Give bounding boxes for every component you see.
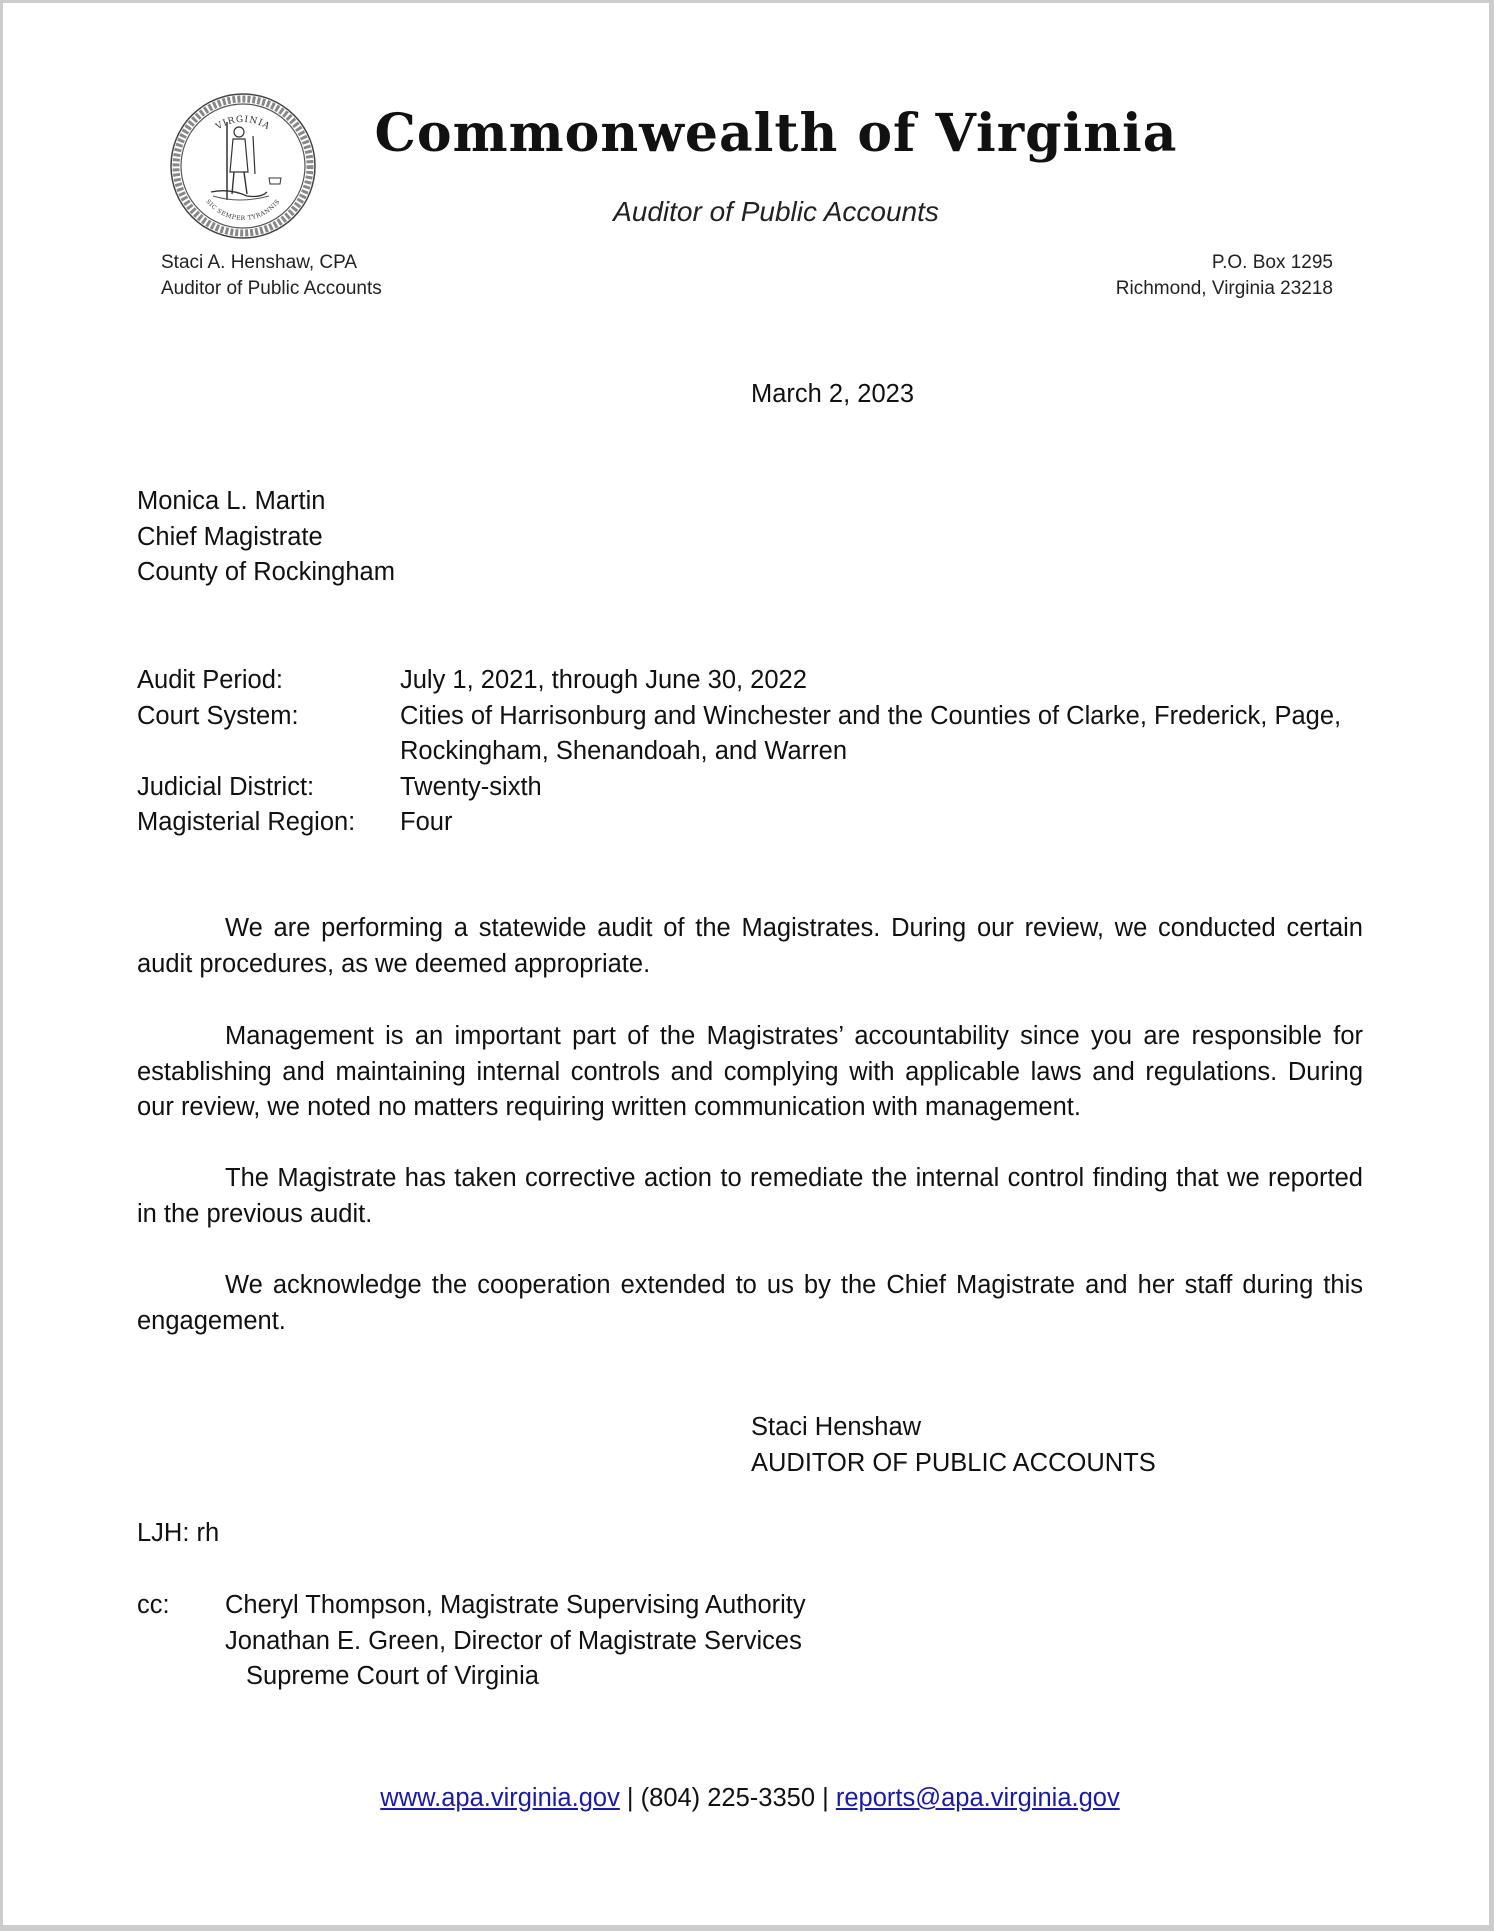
letterhead-city-state: Richmond, Virginia 23218 (1116, 278, 1333, 300)
letter-date: March 2, 2023 (751, 377, 914, 413)
cc-recipient: Cheryl Thompson, Magistrate Supervising … (225, 1588, 806, 1624)
letterhead-subtitle: Auditor of Public Accounts (3, 196, 1494, 228)
letterhead-auditor-title: Auditor of Public Accounts (161, 278, 382, 300)
reference-initials: LJH: rh (137, 1516, 219, 1552)
cc-recipient-organization: Supreme Court of Virginia (225, 1659, 806, 1695)
audit-period-value: July 1, 2021, through June 30, 2022 (400, 663, 1367, 699)
footer-separator: | (627, 1784, 641, 1812)
magisterial-region-row: Magisterial Region: Four (137, 805, 1367, 841)
magisterial-region-label: Magisterial Region: (137, 805, 400, 841)
cc-recipient: Jonathan E. Green, Director of Magistrat… (225, 1624, 806, 1660)
judicial-district-label: Judicial District: (137, 770, 400, 806)
body-paragraph: The Magistrate has taken corrective acti… (137, 1161, 1363, 1232)
phone-number: (804) 225-3350 (641, 1784, 815, 1812)
signature-name: Staci Henshaw (751, 1410, 1156, 1446)
magisterial-region-value: Four (400, 805, 1367, 841)
letterhead-auditor-name: Staci A. Henshaw, CPA (161, 252, 357, 274)
body-paragraph: Management is an important part of the M… (137, 1019, 1363, 1126)
judicial-district-value: Twenty-sixth (400, 770, 1367, 806)
court-system-value: Cities of Harrisonburg and Winchester an… (400, 699, 1367, 770)
website-link[interactable]: www.apa.virginia.gov (380, 1784, 620, 1812)
body-paragraph: We acknowledge the cooperation extended … (137, 1268, 1363, 1339)
addressee-title: Chief Magistrate (137, 520, 395, 556)
signature-title: AUDITOR OF PUBLIC ACCOUNTS (751, 1446, 1156, 1482)
body-paragraph: We are performing a statewide audit of t… (137, 911, 1363, 982)
audit-period-row: Audit Period: July 1, 2021, through June… (137, 663, 1367, 699)
addressee-locality: County of Rockingham (137, 555, 395, 591)
judicial-district-row: Judicial District: Twenty-sixth (137, 770, 1367, 806)
audit-period-label: Audit Period: (137, 663, 400, 699)
court-system-label: Court System: (137, 699, 400, 770)
cc-label: cc: (137, 1588, 170, 1624)
audit-info-block: Audit Period: July 1, 2021, through June… (137, 663, 1367, 841)
signature-block: Staci Henshaw AUDITOR OF PUBLIC ACCOUNTS (751, 1410, 1156, 1481)
footer-separator: | (822, 1784, 836, 1812)
addressee-block: Monica L. Martin Chief Magistrate County… (137, 484, 395, 591)
email-link[interactable]: reports@apa.virginia.gov (836, 1784, 1120, 1812)
letterhead-po-box: P.O. Box 1295 (1212, 252, 1333, 274)
letterhead-title: Commonwealth of Virginia (3, 103, 1494, 164)
addressee-name: Monica L. Martin (137, 484, 395, 520)
letter-page: VIRGINIA SIC SEMPER TYRANNIS Commonwealt… (3, 3, 1489, 1925)
court-system-row: Court System: Cities of Harrisonburg and… (137, 699, 1367, 770)
footer-contact: www.apa.virginia.gov | (804) 225-3350 | … (3, 1781, 1494, 1817)
